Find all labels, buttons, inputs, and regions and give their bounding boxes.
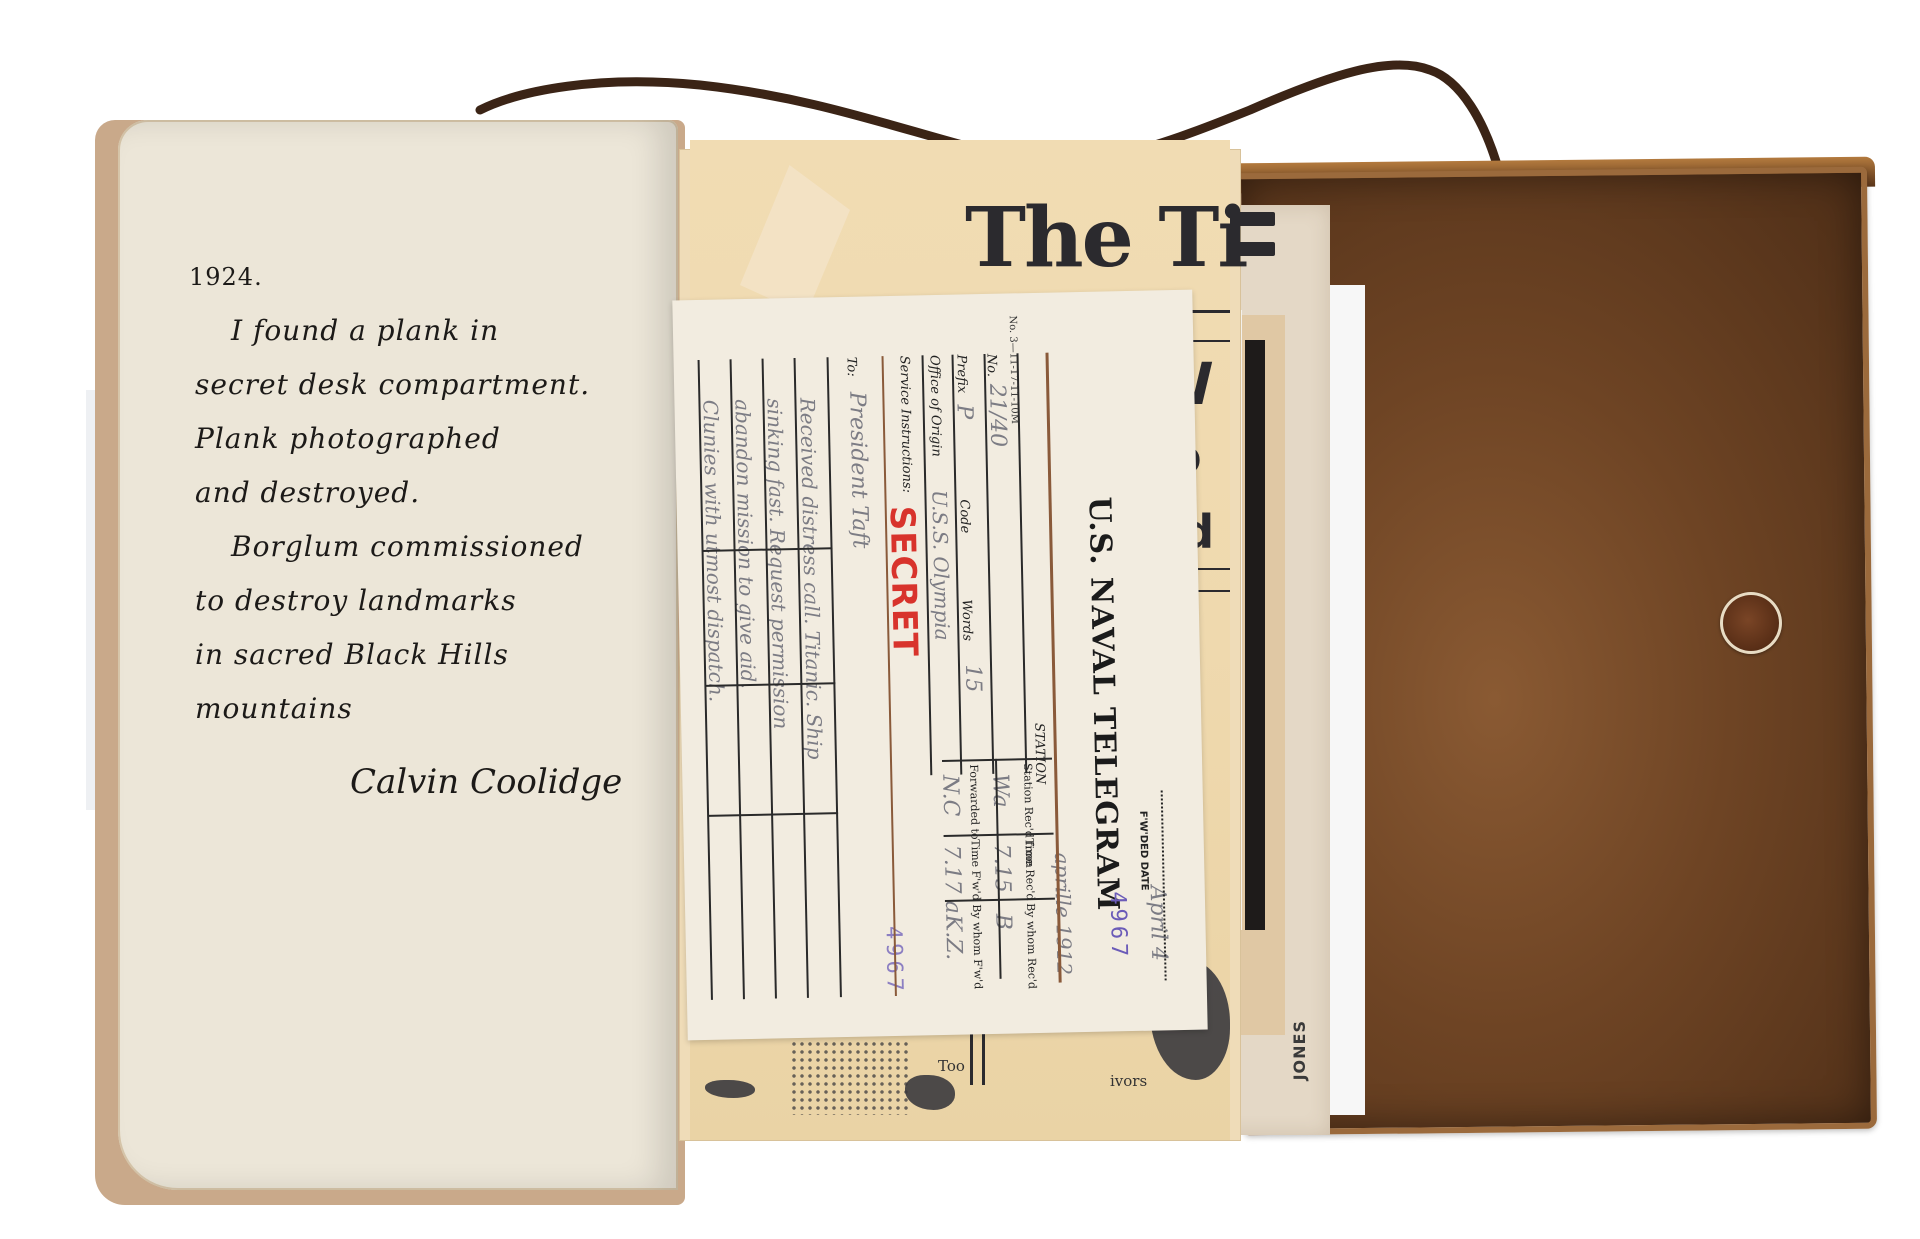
grid-value: 7.15 bbox=[989, 843, 1015, 892]
newspaper-fragment: Too bbox=[938, 1057, 965, 1075]
grid-value: 7.17 a bbox=[939, 845, 965, 915]
grid-header: By whom Rec'd bbox=[1024, 903, 1039, 989]
fwd-date-value: April 4 bbox=[1145, 885, 1172, 961]
field-code-label: Code bbox=[957, 499, 973, 533]
field-to-label: To: bbox=[844, 357, 859, 377]
newspaper-fragment: ivors bbox=[1110, 1072, 1147, 1090]
journal-line: I found a plank in bbox=[195, 304, 665, 358]
grid-header: Forwarded to bbox=[967, 764, 982, 840]
field-to-value: President Taft bbox=[844, 391, 872, 548]
grid-header: Time Rec'd bbox=[1023, 838, 1037, 901]
rule bbox=[1016, 353, 1027, 773]
paper-slip bbox=[1330, 285, 1365, 1115]
serial-number-stamp: 4967 bbox=[1105, 891, 1131, 960]
grid-value: N.C bbox=[937, 775, 963, 817]
telegram-title: U.S. NAVAL TELEGRAM bbox=[1082, 496, 1126, 911]
photo-strip bbox=[1245, 340, 1265, 930]
rule bbox=[882, 356, 897, 996]
journal-line: to destroy landmarks bbox=[195, 574, 665, 628]
journal-line: and destroyed. bbox=[195, 466, 665, 520]
field-no-value: 21/40 bbox=[984, 383, 1010, 447]
journal-line: Plank photographed bbox=[195, 412, 665, 466]
journal-handwriting: 1924. I found a plank in secret desk com… bbox=[195, 250, 665, 736]
fwd-date-label: F'W'DED DATE bbox=[1137, 811, 1150, 891]
journal-line: in sacred Black Hills bbox=[195, 628, 665, 682]
grid-header: By whom F'w'd bbox=[970, 904, 985, 989]
grid-header: Time F'w'd bbox=[969, 839, 983, 901]
journal-line: mountains bbox=[195, 682, 665, 736]
journal-line: Borglum commissioned bbox=[195, 520, 665, 574]
naval-telegram: U.S. NAVAL TELEGRAM No. 3—11-17-11-10M N… bbox=[672, 290, 1207, 1041]
field-prefix-value: P bbox=[952, 404, 977, 419]
field-office-value: U.S.S. Olympia bbox=[927, 490, 954, 641]
field-service-label: Service Instructions: bbox=[897, 356, 915, 494]
slip-label: JONES bbox=[1290, 1020, 1309, 1080]
ink-speckle bbox=[790, 1040, 910, 1115]
field-words-label: Words bbox=[959, 599, 975, 641]
snap-button-icon[interactable] bbox=[1720, 592, 1782, 654]
telegram-date: aprille 1912 bbox=[1050, 852, 1077, 975]
grid-value: Wa bbox=[987, 774, 1013, 808]
field-office-label: Office of Origin bbox=[927, 355, 944, 457]
signature: Calvin Coolidge bbox=[350, 762, 622, 802]
journal-year: 1924. bbox=[189, 250, 665, 304]
masthead-fragment bbox=[1230, 212, 1275, 272]
rule bbox=[827, 357, 842, 997]
field-prefix-label: Prefix bbox=[954, 354, 970, 393]
grid-value: B bbox=[990, 913, 1015, 930]
journal-line: secret desk compartment. bbox=[195, 358, 665, 412]
newspaper-masthead: The Ti bbox=[965, 190, 1247, 286]
grid-value: K.Z. bbox=[940, 915, 966, 961]
field-words-value: 15 bbox=[960, 664, 986, 693]
